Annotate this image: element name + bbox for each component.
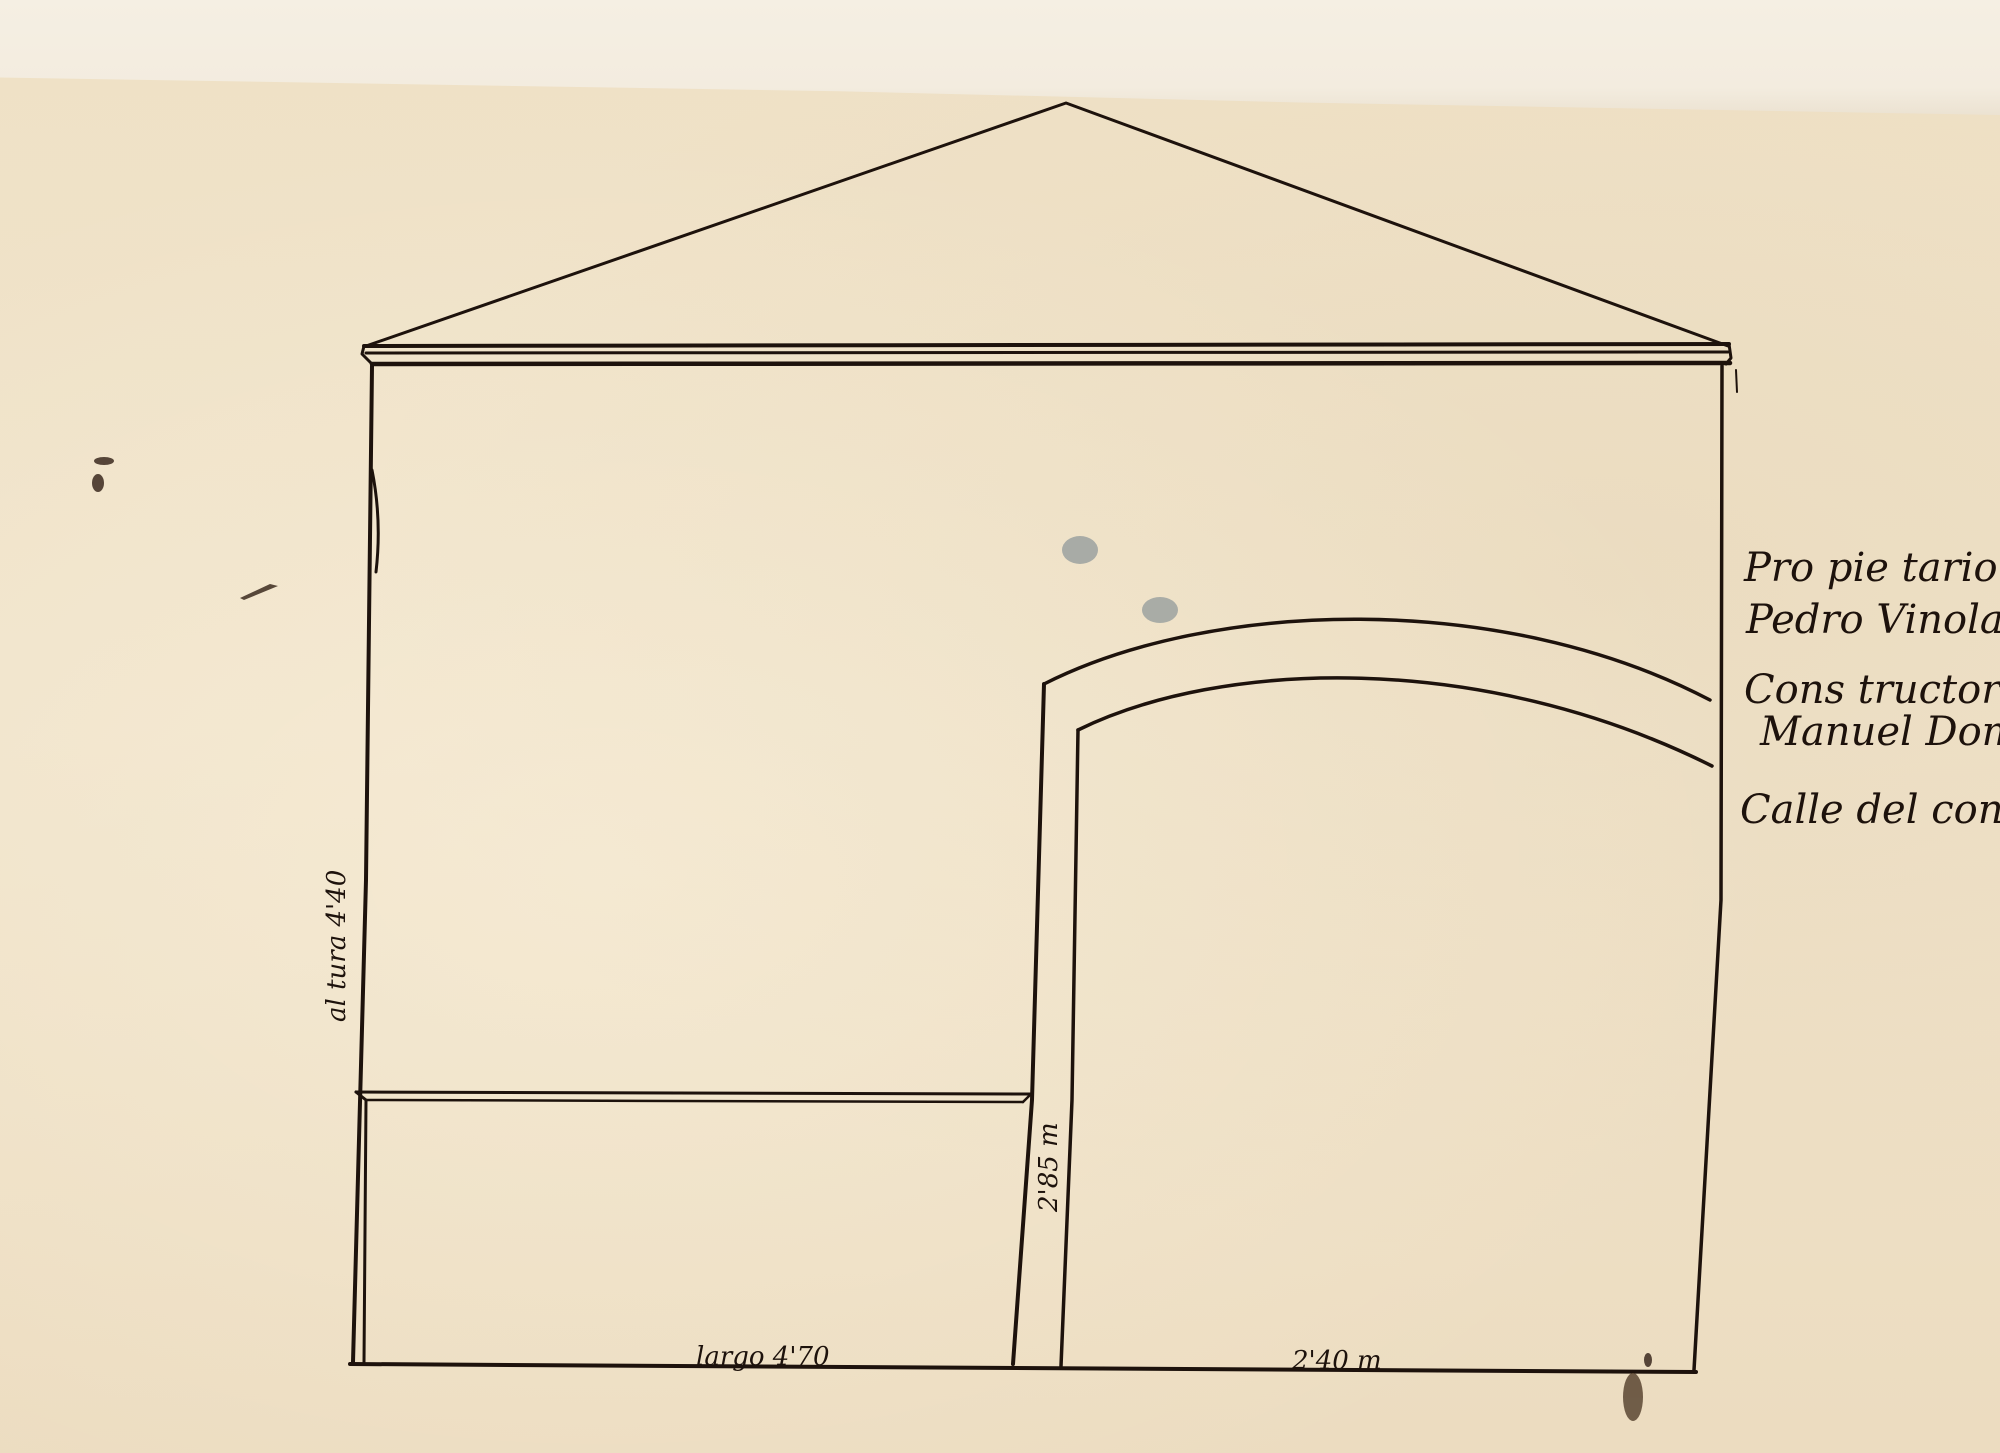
street-note: Calle del conc xyxy=(1740,790,2000,830)
arch-outer xyxy=(1044,619,1710,700)
blue-stains xyxy=(1062,536,1178,623)
builder-title: Cons tructor xyxy=(1744,670,2000,710)
plinth-top xyxy=(356,1092,1031,1094)
wall-right xyxy=(1694,366,1722,1370)
height-label: al tura 4'40 xyxy=(324,870,350,1022)
door-jamb-left-inner xyxy=(1061,730,1078,1366)
width-label: largo 4'70 xyxy=(696,1344,830,1370)
builder-name: Manuel Dom xyxy=(1760,712,2000,752)
cornice-middle xyxy=(366,352,1728,353)
arch-width-label: 2'40 m xyxy=(1292,1348,1382,1374)
owner-title: Pro pie tario xyxy=(1744,548,1998,588)
door-height-label: 2'85 m xyxy=(1036,1122,1062,1212)
wall-left xyxy=(353,366,372,1362)
door-jamb-left-outer xyxy=(1013,684,1044,1364)
paper-sheet: al tura 4'40 2'85 m largo 4'70 2'40 m Pr… xyxy=(0,0,2000,1453)
owner-name: Pedro Vinolas xyxy=(1746,600,2000,640)
ground-line xyxy=(350,1364,1696,1372)
plinth-inner-top xyxy=(366,1100,1023,1102)
cornice-top xyxy=(364,344,1729,346)
facade-drawing xyxy=(0,0,2000,1453)
cornice-bottom xyxy=(372,363,1730,364)
pediment xyxy=(366,103,1728,346)
arch-inner xyxy=(1078,678,1712,766)
